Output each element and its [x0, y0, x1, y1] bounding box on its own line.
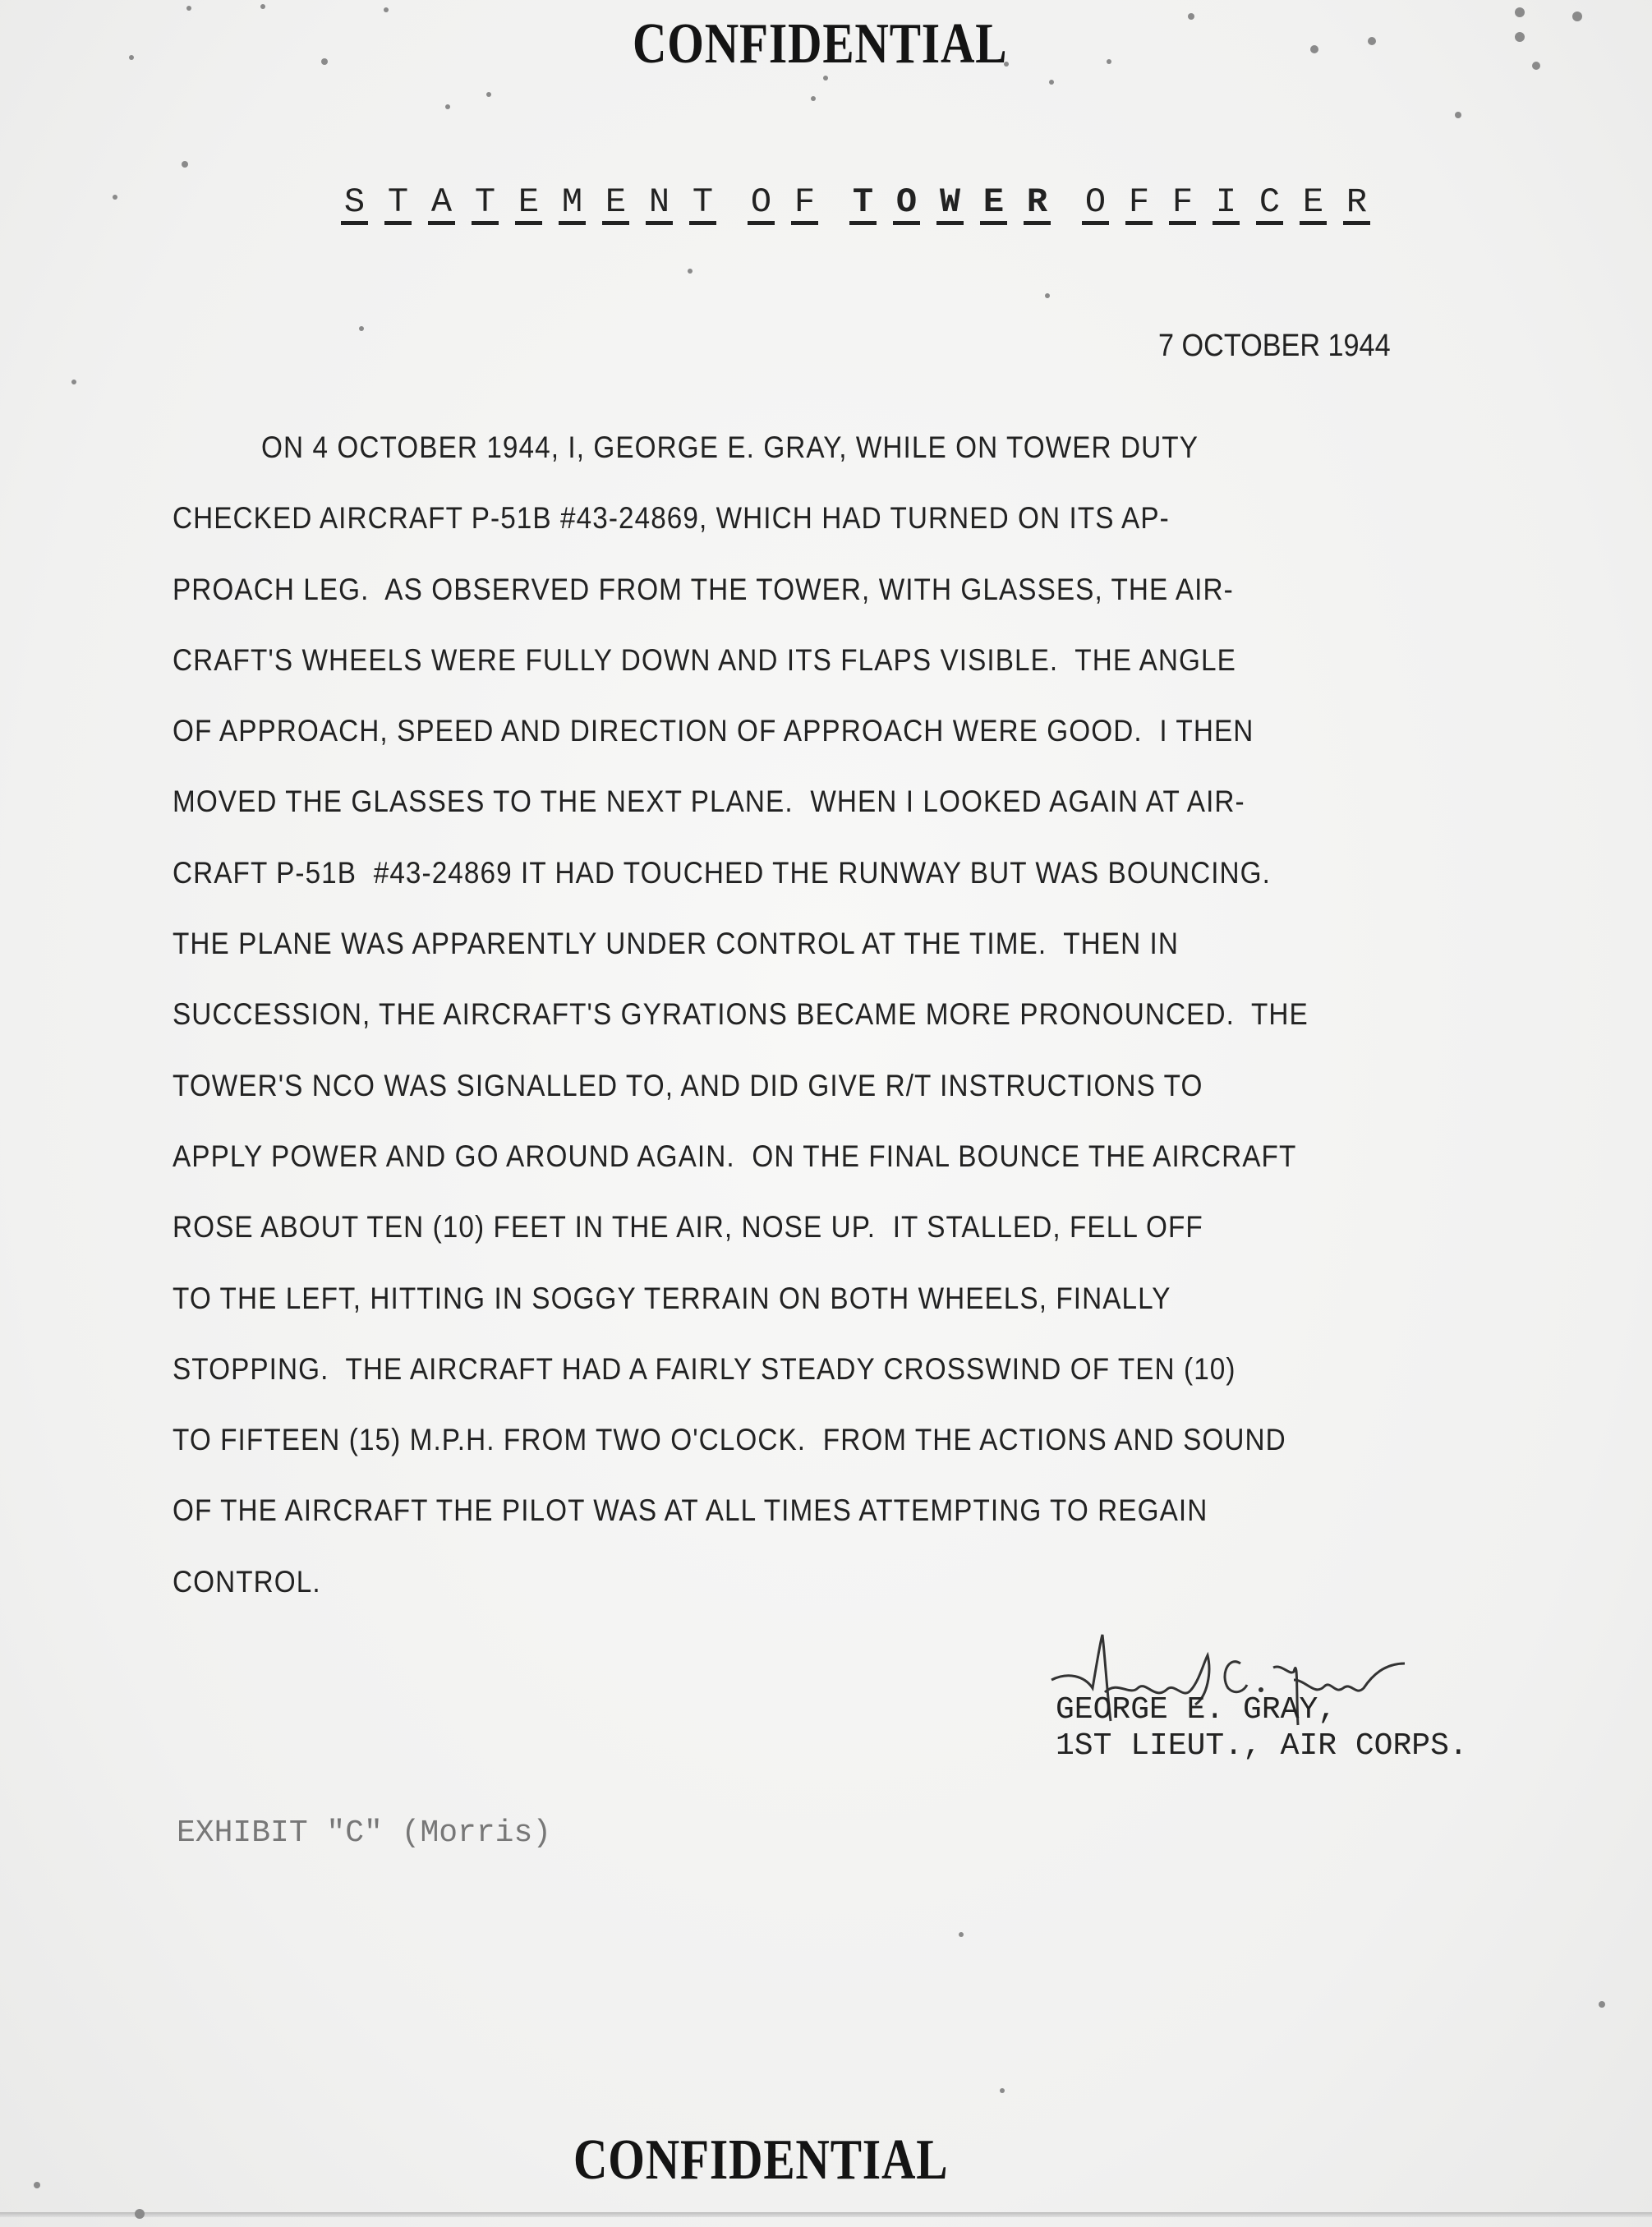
exhibit-label: EXHIBIT "C" (Morris) [177, 1815, 551, 1851]
signature-block: GEORGE E. GRAY, 1ST LIEUT., AIR CORPS. [1056, 1692, 1468, 1765]
signer-rank: 1ST LIEUT., AIR CORPS. [1056, 1728, 1468, 1765]
title-letter: O [748, 183, 775, 225]
title-letter: M [559, 183, 586, 225]
body-line: ON 4 OCTOBER 1944, I, GEORGE E. GRAY, WH… [173, 423, 1503, 494]
title-letter: T [384, 183, 412, 225]
title-letter: T [689, 183, 716, 225]
body-line: CRAFT P-51B #43-24869 IT HAD TOUCHED THE… [173, 849, 1503, 919]
statement-body: ON 4 OCTOBER 1944, I, GEORGE E. GRAY, WH… [173, 423, 1651, 1628]
title-letter: T [849, 183, 877, 225]
classification-stamp-top: CONFIDENTIAL [633, 12, 1007, 77]
body-line: ROSE ABOUT TEN (10) FEET IN THE AIR, NOS… [173, 1203, 1503, 1273]
title-letter: W [936, 183, 964, 225]
title-letter: F [1169, 183, 1196, 225]
title-letter: N [646, 183, 673, 225]
body-line: OF APPROACH, SPEED AND DIRECTION OF APPR… [173, 706, 1503, 777]
title-letter: I [1213, 183, 1240, 225]
title-letter: A [428, 183, 455, 225]
body-line: STOPPING. THE AIRCRAFT HAD A FAIRLY STEA… [173, 1345, 1503, 1415]
body-line: TOWER'S NCO WAS SIGNALLED TO, AND DID GI… [173, 1061, 1503, 1132]
title-letter: E [980, 183, 1007, 225]
body-line: APPLY POWER AND GO AROUND AGAIN. ON THE … [173, 1132, 1503, 1203]
title-letter: T [472, 183, 499, 225]
document-title: STATEMENTOFTOWEROFFICER [341, 182, 1387, 225]
title-letter: O [1082, 183, 1109, 225]
title-letter: S [341, 183, 368, 225]
title-letter: R [1024, 183, 1051, 225]
signer-name: GEORGE E. GRAY, [1056, 1692, 1468, 1728]
title-letter: E [602, 183, 629, 225]
body-line: PROACH LEG. AS OBSERVED FROM THE TOWER, … [173, 565, 1503, 636]
page-bottom-edge [0, 2212, 1652, 2217]
title-letter: C [1256, 183, 1283, 225]
title-letter: F [1125, 183, 1153, 225]
classification-stamp-bottom: CONFIDENTIAL [573, 2128, 948, 2193]
title-letter: E [1300, 183, 1327, 225]
title-letter: O [893, 183, 920, 225]
body-line: CHECKED AIRCRAFT P-51B #43-24869, WHICH … [173, 494, 1503, 564]
document-date: 7 OCTOBER 1944 [1158, 329, 1391, 364]
title-letter: R [1343, 183, 1370, 225]
body-line: CONTROL. [173, 1558, 1503, 1628]
body-line: CRAFT'S WHEELS WERE FULLY DOWN AND ITS F… [173, 636, 1503, 706]
title-letter: F [791, 183, 818, 225]
body-line: MOVED THE GLASSES TO THE NEXT PLANE. WHE… [173, 777, 1503, 848]
title-letter: E [515, 183, 542, 225]
body-line: TO THE LEFT, HITTING IN SOGGY TERRAIN ON… [173, 1274, 1503, 1345]
body-line: TO FIFTEEN (15) M.P.H. FROM TWO O'CLOCK.… [173, 1415, 1503, 1486]
body-line: THE PLANE WAS APPARENTLY UNDER CONTROL A… [173, 919, 1503, 990]
body-line: SUCCESSION, THE AIRCRAFT'S GYRATIONS BEC… [173, 990, 1503, 1061]
body-line: OF THE AIRCRAFT THE PILOT WAS AT ALL TIM… [173, 1486, 1503, 1557]
